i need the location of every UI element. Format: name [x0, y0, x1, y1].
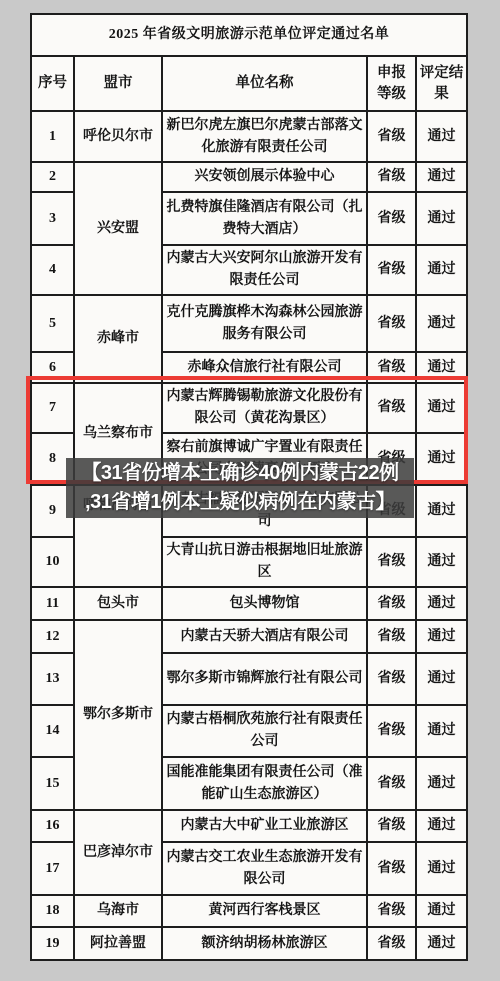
unit-name-cell: 新巴尔虎左旗巴尔虎蒙古部落文化旅游有限责任公司	[162, 111, 367, 162]
news-overlay: 【31省份增本土确诊40例内蒙古22例 ,31省增1例本土疑似病例在内蒙古】	[66, 458, 414, 518]
table-row: 11 包头市 包头博物馆 省级 通过	[31, 587, 467, 620]
row-index: 17	[31, 842, 74, 895]
row-index: 3	[31, 192, 74, 245]
col-header-index: 序号	[31, 56, 74, 111]
row-index: 2	[31, 162, 74, 192]
unit-name-cell: 黄河西行客栈景区	[162, 895, 367, 927]
result-cell: 通过	[416, 192, 467, 245]
table-row: 2 兴安盟 兴安领创展示体验中心 省级 通过	[31, 162, 467, 192]
result-cell: 通过	[416, 537, 467, 587]
unit-name-cell: 国能准能集团有限责任公司（准能矿山生态旅游区）	[162, 757, 367, 810]
unit-name-cell: 兴安领创展示体验中心	[162, 162, 367, 192]
result-cell: 通过	[416, 842, 467, 895]
unit-name-cell: 内蒙古天骄大酒店有限公司	[162, 620, 367, 653]
table-row: 7 乌兰察布市 内蒙古辉腾锡勒旅游文化股份有限公司（黄花沟景区） 省级 通过	[31, 383, 467, 433]
row-index: 5	[31, 295, 74, 352]
col-header-result: 评定结果	[416, 56, 467, 111]
result-cell: 通过	[416, 111, 467, 162]
col-header-level: 申报等级	[367, 56, 416, 111]
news-overlay-line1: 【31省份增本土确诊40例内蒙古22例	[66, 459, 414, 488]
unit-name-cell: 内蒙古辉腾锡勒旅游文化股份有限公司（黄花沟景区）	[162, 383, 367, 433]
result-cell: 通过	[416, 245, 467, 295]
result-cell: 通过	[416, 433, 467, 485]
level-cell: 省级	[367, 192, 416, 245]
news-overlay-line2: ,31省增1例本土疑似病例在内蒙古】	[66, 488, 414, 517]
table-row: 16 巴彦淖尔市 内蒙古大中矿业工业旅游区 省级 通过	[31, 810, 467, 842]
city-cell: 乌海市	[74, 895, 162, 927]
city-cell: 呼伦贝尔市	[74, 111, 162, 162]
level-cell: 省级	[367, 842, 416, 895]
table-row: 12 鄂尔多斯市 内蒙古天骄大酒店有限公司 省级 通过	[31, 620, 467, 653]
level-cell: 省级	[367, 537, 416, 587]
col-header-unit: 单位名称	[162, 56, 367, 111]
unit-name-cell: 大青山抗日游击根据地旧址旅游区	[162, 537, 367, 587]
result-cell: 通过	[416, 352, 467, 383]
unit-name-cell: 扎费特旗佳隆酒店有限公司（扎费特大酒店）	[162, 192, 367, 245]
level-cell: 省级	[367, 111, 416, 162]
level-cell: 省级	[367, 245, 416, 295]
result-cell: 通过	[416, 620, 467, 653]
result-cell: 通过	[416, 653, 467, 705]
unit-name-cell: 鄂尔多斯市锦辉旅行社有限公司	[162, 653, 367, 705]
result-cell: 通过	[416, 383, 467, 433]
row-index: 14	[31, 705, 74, 757]
city-cell: 包头市	[74, 587, 162, 620]
level-cell: 省级	[367, 383, 416, 433]
level-cell: 省级	[367, 705, 416, 757]
table-title: 2025 年省级文明旅游示范单位评定通过名单	[31, 14, 467, 56]
row-index: 7	[31, 383, 74, 433]
unit-name-cell: 内蒙古大中矿业工业旅游区	[162, 810, 367, 842]
unit-name-cell: 内蒙古梧桐欣苑旅行社有限责任公司	[162, 705, 367, 757]
level-cell: 省级	[367, 162, 416, 192]
level-cell: 省级	[367, 810, 416, 842]
row-index: 16	[31, 810, 74, 842]
result-cell: 通过	[416, 295, 467, 352]
row-index: 6	[31, 352, 74, 383]
result-cell: 通过	[416, 927, 467, 960]
result-cell: 通过	[416, 162, 467, 192]
city-cell: 兴安盟	[74, 162, 162, 295]
row-index: 4	[31, 245, 74, 295]
unit-name-cell: 内蒙古大兴安阿尔山旅游开发有限责任公司	[162, 245, 367, 295]
result-cell: 通过	[416, 587, 467, 620]
level-cell: 省级	[367, 895, 416, 927]
row-index: 13	[31, 653, 74, 705]
title-row: 2025 年省级文明旅游示范单位评定通过名单	[31, 14, 467, 56]
level-cell: 省级	[367, 620, 416, 653]
page-background: 2025 年省级文明旅游示范单位评定通过名单 序号 盟市 单位名称 申报等级 评…	[0, 0, 500, 981]
unit-name-cell: 克什克腾旗桦木沟森林公园旅游服务有限公司	[162, 295, 367, 352]
table-row: 18 乌海市 黄河西行客栈景区 省级 通过	[31, 895, 467, 927]
row-index: 18	[31, 895, 74, 927]
table-row: 5 赤峰市 克什克腾旗桦木沟森林公园旅游服务有限公司 省级 通过	[31, 295, 467, 352]
level-cell: 省级	[367, 352, 416, 383]
result-cell: 通过	[416, 895, 467, 927]
city-cell: 巴彦淖尔市	[74, 810, 162, 895]
row-index: 11	[31, 587, 74, 620]
level-cell: 省级	[367, 653, 416, 705]
level-cell: 省级	[367, 295, 416, 352]
result-cell: 通过	[416, 485, 467, 537]
header-row: 序号 盟市 单位名称 申报等级 评定结果	[31, 56, 467, 111]
unit-name-cell: 赤峰众信旅行社有限公司	[162, 352, 367, 383]
level-cell: 省级	[367, 757, 416, 810]
level-cell: 省级	[367, 927, 416, 960]
row-index: 19	[31, 927, 74, 960]
result-cell: 通过	[416, 705, 467, 757]
level-cell: 省级	[367, 587, 416, 620]
unit-name-cell: 包头博物馆	[162, 587, 367, 620]
unit-name-cell: 内蒙古交工农业生态旅游开发有限公司	[162, 842, 367, 895]
result-cell: 通过	[416, 757, 467, 810]
table-row: 19 阿拉善盟 额济纳胡杨林旅游区 省级 通过	[31, 927, 467, 960]
row-index: 15	[31, 757, 74, 810]
table-row: 1 呼伦贝尔市 新巴尔虎左旗巴尔虎蒙古部落文化旅游有限责任公司 省级 通过	[31, 111, 467, 162]
col-header-city: 盟市	[74, 56, 162, 111]
row-index: 1	[31, 111, 74, 162]
result-cell: 通过	[416, 810, 467, 842]
row-index: 10	[31, 537, 74, 587]
city-cell: 赤峰市	[74, 295, 162, 383]
city-cell: 鄂尔多斯市	[74, 620, 162, 810]
row-index: 12	[31, 620, 74, 653]
city-cell: 阿拉善盟	[74, 927, 162, 960]
unit-name-cell: 额济纳胡杨林旅游区	[162, 927, 367, 960]
